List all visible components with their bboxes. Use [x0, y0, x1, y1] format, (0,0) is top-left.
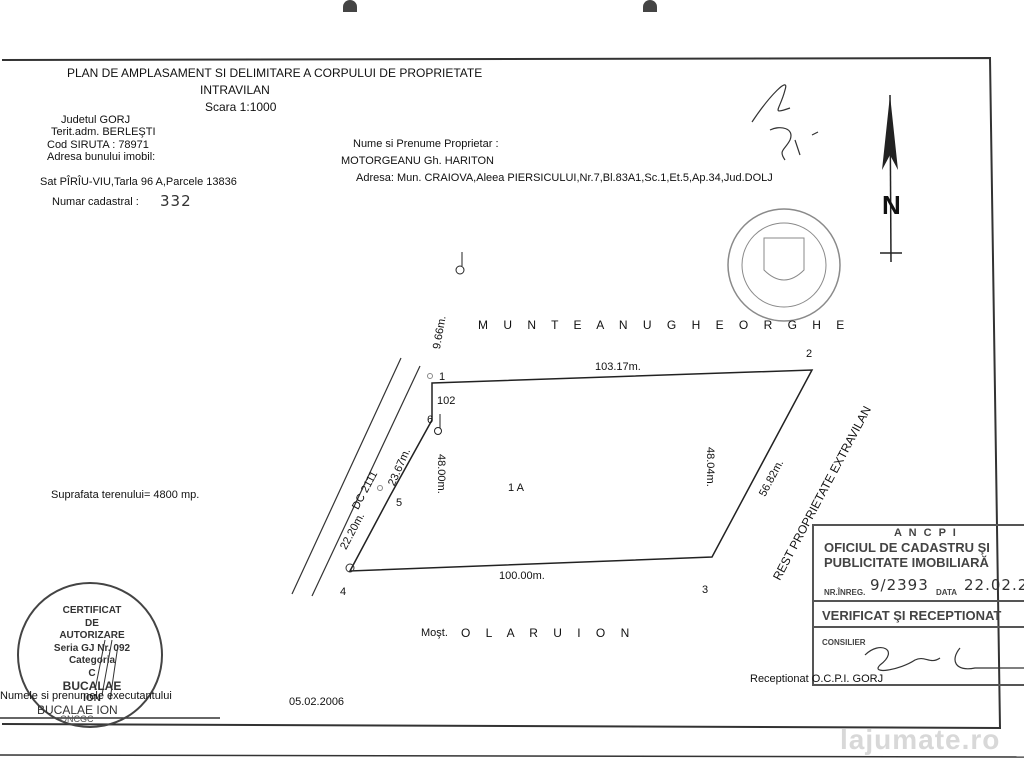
watermark-logo: lajumate.ro	[840, 724, 1000, 756]
address-label: Adresa bunului imobil:	[47, 151, 155, 163]
point-3: 3	[702, 584, 708, 596]
ocpi-stamp: A N C P I OFICIUL DE CADASTRU ŞI PUBLICI…	[812, 524, 1024, 686]
point-102: 102	[437, 395, 455, 407]
registration-number: 9/2393	[870, 576, 929, 594]
neighbor-south: O L A R U I O N	[461, 626, 635, 640]
siruta-code: Cod SIRUTA : 78971	[47, 139, 149, 151]
point-5: 5	[396, 497, 402, 509]
scale-label: Scara 1:1000	[205, 100, 276, 114]
point-2: 2	[806, 348, 812, 360]
signature-top	[752, 85, 818, 160]
territory-label: Terit.adm. BERLEŞTI	[51, 126, 156, 138]
certificate-stamp-text: CERTIFICAT DE AUTORIZARE Seria GJ Nr. 09…	[22, 585, 162, 705]
point-6: 6	[427, 414, 433, 426]
document-subtitle: INTRAVILAN	[200, 83, 270, 97]
received-by: Receptionat O.C.P.I. GORJ	[750, 673, 883, 685]
point-1: 1	[439, 371, 445, 383]
executant-label: Numele si prenumele executantului	[0, 690, 172, 702]
north-label: N	[882, 190, 901, 221]
registration-date: 22.02.2	[964, 576, 1024, 594]
survey-marker-6	[435, 414, 442, 435]
distance-height-right: 48.04m.	[704, 447, 716, 487]
judet-label: Judetul GORJ	[61, 114, 130, 126]
land-area: Suprafata terenului= 4800 mp.	[51, 489, 199, 501]
neighbor-north: M U N T E A N U G H E O R G H E	[478, 318, 850, 332]
point-4: 4	[340, 586, 346, 598]
owner-address: Adresa: Mun. CRAIOVA,Aleea PIERSICULUI,N…	[356, 172, 773, 184]
property-address: Sat PÎRÎU-VIU,Tarla 96 A,Parcele 13836	[40, 176, 237, 188]
executant-date: 05.02.2006	[289, 696, 344, 708]
document-title: PLAN DE AMPLASAMENT SI DELIMITARE A CORP…	[67, 66, 482, 80]
executant-org: ONCGC	[60, 714, 94, 724]
parcel-outline	[350, 370, 812, 571]
survey-marker-top	[456, 252, 464, 274]
owner-name: MOTORGEANU Gh. HARITON	[341, 155, 494, 167]
road-edge-1	[292, 358, 401, 594]
cadastral-number-value: 332	[160, 192, 192, 210]
parcel-label: 1 A	[508, 482, 524, 494]
north-arrow-icon	[880, 95, 902, 262]
cadastral-number-label: Numar cadastral :	[52, 196, 139, 208]
distance-1-2: 103.17m.	[595, 361, 641, 373]
owner-label: Nume si Prenume Proprietar :	[353, 138, 499, 150]
distance-height-left: 48.00m.	[435, 454, 447, 494]
neighbor-south-prefix: Moşt.	[421, 627, 448, 639]
distance-3-4: 100.00m.	[499, 570, 545, 582]
agency-round-stamp	[728, 209, 840, 321]
